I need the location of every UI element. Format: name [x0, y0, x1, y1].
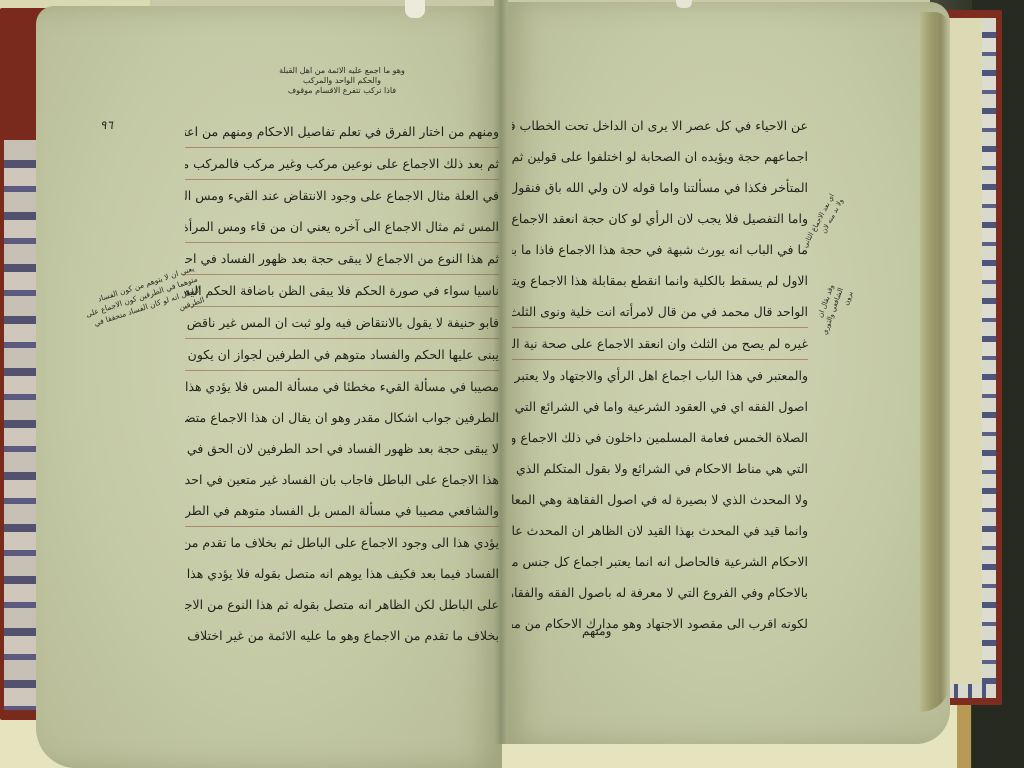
text-line: على الباطل لكن الظاهر انه متصل بقوله ثم …: [185, 589, 499, 620]
text-line: واما التفصيل فلا يجب لان الرأي لو كان حج…: [512, 203, 808, 234]
text-line: فابو حنيفة لا يقول بالانتقاض فيه ولو ثبت…: [185, 307, 499, 339]
catchword: ومنهم: [582, 624, 611, 638]
text-line: ولا المحدث الذي لا بصيرة له في اصول الفق…: [512, 484, 808, 515]
text-line: ما في الباب انه يورث شبهة في حجة هذا الا…: [512, 234, 808, 265]
text-line: المس ثم مثال الاجماع الى آخره يعني ان من…: [185, 211, 499, 243]
text-line: في العلة مثال الاجماع على وجود الانتقاض …: [185, 180, 499, 211]
bookmark-tab-2: [676, 0, 692, 8]
text-line: الاحكام الشرعية فالحاصل انه انما يعتبر ا…: [512, 546, 808, 577]
text-line: غيره لم يصح من الثلث وان انعقد الاجماع ع…: [512, 328, 808, 360]
text-line: الفساد فيما بعد فكيف هذا يوهم انه متصل ب…: [185, 558, 499, 589]
text-line: ناسيا سواء في صورة الحكم فلا يبقى الظن ب…: [185, 275, 499, 307]
text-line: والشافعي مصيبا في مسألة المس بل الفساد م…: [185, 495, 499, 527]
text-line: مصيبا في مسألة القيء مخطئا في مسألة المس…: [185, 371, 499, 402]
text-line: يبنى عليها الحكم والفساد متوهم في الطرفي…: [185, 339, 499, 371]
header-note-line: فاذا تركب تتفرع الاقسام موقوف: [272, 86, 412, 96]
text-line: عن الاحياء في كل عصر الا يرى ان الداخل ت…: [512, 110, 808, 141]
text-line: اجماعهم حجة ويؤيده ان الصحابة لو اختلفوا…: [512, 141, 808, 172]
text-line: المتأخر فكذا في مسألتنا واما قوله لان ول…: [512, 172, 808, 203]
text-line: يؤدي هذا الى وجود الاجماع على الباطل ثم …: [185, 527, 499, 558]
bookmark-tab: [405, 0, 425, 18]
text-line: لكونه اقرب الى مقصود الاجتهاد وهو مدارك …: [512, 608, 808, 639]
page-block-edge: [920, 12, 950, 712]
text-line: الصلاة الخمس فعامة المسلمين داخلون في ذل…: [512, 422, 808, 453]
right-cover-patterned-border: [982, 18, 996, 698]
text-line: اصول الفقه اي في العقود الشرعية واما في …: [512, 391, 808, 422]
text-line: الواحد قال محمد في من قال لامرأته انت خل…: [512, 296, 808, 328]
text-line: والمعتبر في هذا الباب اجماع اهل الرأي وا…: [512, 360, 808, 391]
text-line: الاول لم يسقط بالكلية وانما انقطع بمقابل…: [512, 265, 808, 296]
left-page-text: ومنهم من اختار الفرق في تعلم تفاصيل الاح…: [185, 116, 499, 651]
right-page-text: عن الاحياء في كل عصر الا يرى ان الداخل ت…: [512, 110, 808, 639]
table-edge: [957, 700, 971, 768]
text-line: هذا الاجماع على الباطل فاجاب بان الفساد …: [185, 464, 499, 495]
text-line: التي هي مناط الاحكام في الشرائع ولا بقول…: [512, 453, 808, 484]
text-line: ومنهم من اختار الفرق في تعلم تفاصيل الاح…: [185, 116, 499, 148]
text-line: الطرفين جواب اشكال مقدر وهو ان يقال ان ه…: [185, 402, 499, 433]
folio-number: ٩٦: [100, 118, 113, 132]
text-line: ثم هذا النوع من الاجماع لا يبقى حجة بعد …: [185, 243, 499, 275]
text-line: لا يبقى حجة بعد ظهور الفساد في احد الطرف…: [185, 433, 499, 464]
left-header-note: وهو ما اجمع عليه الائمة من اهل القبلة وا…: [272, 66, 412, 96]
text-line: بالاحكام وفي الفروع التي لا معرفة له باص…: [512, 577, 808, 608]
header-note-line: والحكم الواحد والمركب: [272, 76, 412, 86]
header-note-line: وهو ما اجمع عليه الائمة من اهل القبلة: [272, 66, 412, 76]
text-line: وانما قيد في المحدث بهذا القيد لان الظاه…: [512, 515, 808, 546]
left-cover-patterned-paper: [4, 140, 38, 710]
text-line: بخلاف ما تقدم من الاجماع وهو ما عليه الا…: [185, 620, 499, 651]
text-line: ثم بعد ذلك الاجماع على نوعين مركب وغير م…: [185, 148, 499, 180]
